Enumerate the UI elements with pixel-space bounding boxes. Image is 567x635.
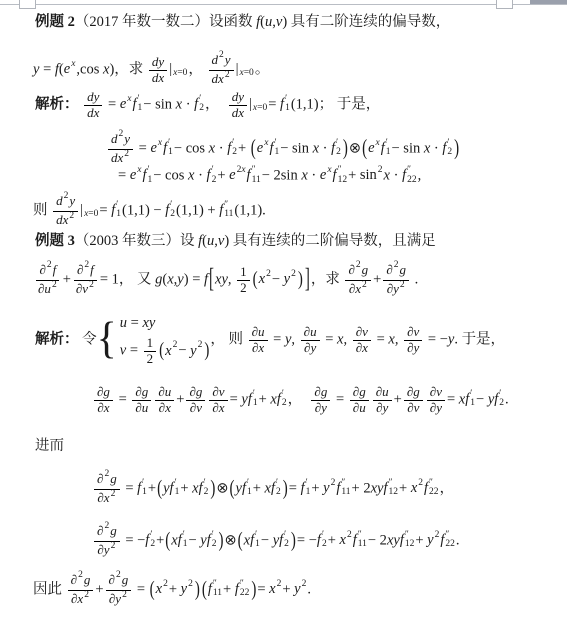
page-top-border (0, 4, 567, 5)
example2-eq-d2y: d2ydx2 = exf′1− cos x · f′2+ (exf′1− sin… (106, 130, 460, 168)
example2-solution-step1: 解析： dydx = exf′1− sin x · f′2， dydx|x=0=… (35, 90, 380, 120)
window-corner-strip (530, 0, 567, 4)
example3-title: 例题 3（2003 年数三）设 f(u,v) 具有连续的二阶偏导数，且满足 (35, 232, 436, 250)
example3-eq-gyy: ∂2g∂y2 = −f′2+(xf′1− yf′2)⊗(xf′1− yf′2)=… (92, 522, 460, 560)
example3-eq-gxx: ∂2g∂x2 = f′1+(yf′1+ xf′2)⊗(yf′1+ xf′2)= … (92, 470, 454, 508)
page-margin-marker-left (19, 0, 36, 9)
example3-result: 因此 ∂2g∂x2+∂2g∂y2 = (x2+ y2)(f″11+ f″22)=… (33, 571, 311, 609)
connector-jiner: 进而 (35, 437, 64, 455)
document-page: 例题 2（2017 年数一数二）设函数 f(u,v) 具有二阶连续的偏导数， y… (0, 0, 567, 635)
example3-problem: ∂2f∂u2+∂2f∂v2= 1， 又 g(x,y) = f[xy, 12(x2… (33, 261, 418, 299)
example2-result: 则 d2ydx2|x=0= f′1(1,1) − f′2(1,1) + f″11… (33, 192, 266, 230)
page-margin-marker-right (496, 0, 513, 9)
example3-solution-setup: 解析： 令{u = xyv = 12(x2− y2)， 则 ∂u∂x = y, … (35, 314, 505, 366)
example2-title: 例题 2（2017 年数一数二）设函数 f(u,v) 具有二阶连续的偏导数， (35, 13, 450, 31)
example3-first-derivatives: ∂g∂x = ∂g∂u∂u∂x+∂g∂v∂v∂x= yf′1+ xf′2， ∂g… (92, 385, 509, 415)
example2-eq-d2y-expanded: = exf′1− cos x · f′2+ e2xf″11− 2sin x · … (118, 166, 421, 185)
example2-problem: y = f(ex,cos x)，求 dydx|x=0， d2ydx2|x=0。 (33, 51, 269, 89)
